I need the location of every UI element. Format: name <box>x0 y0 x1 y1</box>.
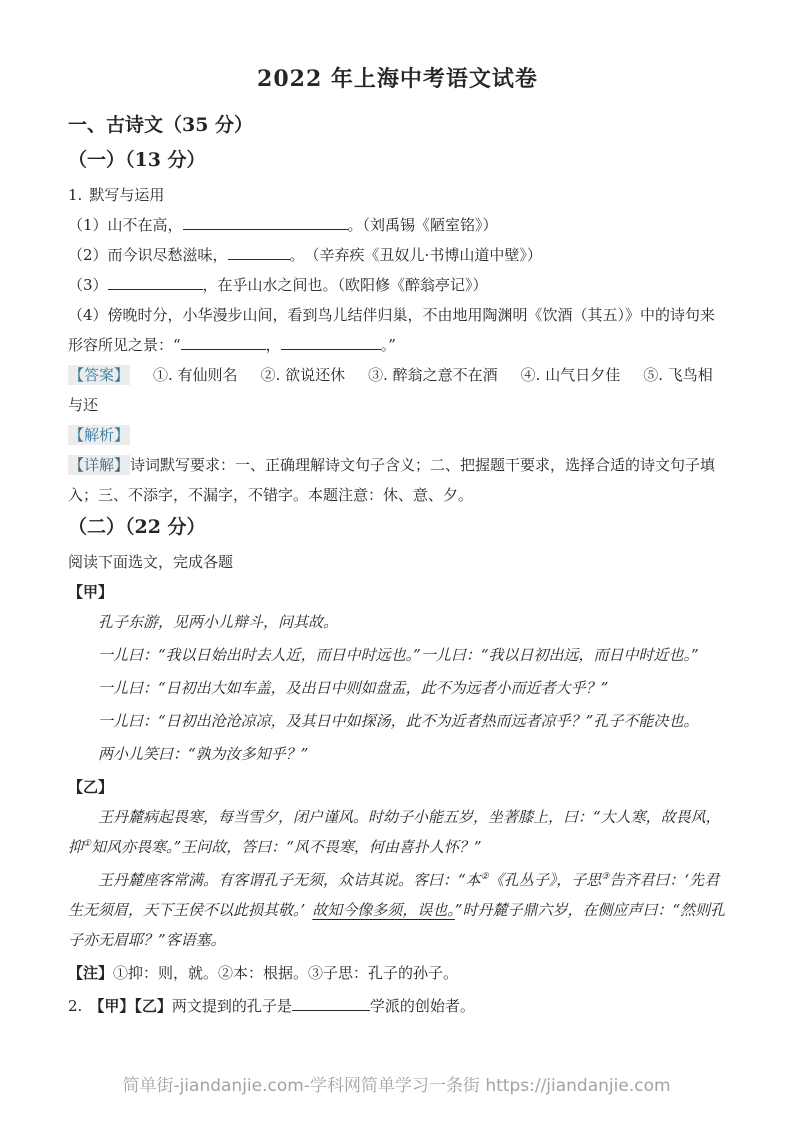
question-2: 2.【甲】【乙】两文提到的孔子是学派的创始者。 <box>68 991 727 1021</box>
passage-jia-paragraph: 一儿曰：“日初出沧沧凉凉，及其日中如探汤，此不为近者热而远者凉乎？”孔子不能决也… <box>68 706 727 736</box>
analysis-label: 【解析】 <box>68 425 130 445</box>
item-3-pre: （3） <box>68 276 108 294</box>
underlined-answer-text: 故知今像多须，误也。 <box>312 901 455 919</box>
question-2-pre: 两文提到的孔子是 <box>172 997 292 1015</box>
blank-line <box>281 336 381 350</box>
passage-yi-paragraph-1: 王丹麓病起畏寒，每当雪夕，闭户谨风。时幼子小能五岁，坐著膝上，曰：“大人寒，故畏… <box>68 802 727 862</box>
passage-jia-paragraph: 一儿曰：“我以日始出时去人近，而日中时远也。”一儿曰：“我以日初出远，而日中时近… <box>68 640 727 670</box>
question-1-number: 1. <box>68 186 82 204</box>
answer-label: 【答案】 <box>68 365 130 385</box>
detail-text: 诗词默写要求：一、正确理解诗文句子含义；二、把握题干要求，选择合适的诗文句子填入… <box>68 456 715 504</box>
footnote-marker-1: ① <box>83 839 91 849</box>
item-2-pre: （2）而今识尽愁滋味， <box>68 246 228 264</box>
analysis-line: 【解析】 <box>68 420 727 450</box>
passage-yi-label: 【乙】 <box>68 772 727 802</box>
item-1-pre: （1）山不在高， <box>68 216 183 234</box>
answer-item: ④. 山气日夕佳 <box>521 366 621 384</box>
notes-line: 【注】①抑：则，就。②本：根据。③子思：孔子的孙子。 <box>68 958 727 988</box>
blank-line <box>228 246 290 260</box>
passage-jia-paragraph: 两小儿笑曰：“孰为汝多知乎？” <box>68 739 727 769</box>
answer-item: ①. 有仙则名 <box>153 366 238 384</box>
reading-intro: 阅读下面选文，完成各题 <box>68 547 727 577</box>
question-2-post: 学派的创始者。 <box>370 997 475 1015</box>
part-1-heading: （一）（13 分） <box>68 147 727 173</box>
exam-page: 2022 年上海中考语文试卷 一、古诗文（35 分） （一）（13 分） 1.默… <box>0 0 793 1021</box>
notes-label: 【注】 <box>68 964 113 982</box>
answer-line: 【答案】①. 有仙则名②. 欲说还休③. 醉翁之意不在酒④. 山气日夕佳⑤. 飞… <box>68 360 727 420</box>
detail-paragraph: 【详解】诗词默写要求：一、正确理解诗文句子含义；二、把握题干要求，选择合适的诗文… <box>68 450 727 510</box>
dictation-item-2: （2）而今识尽愁滋味，。 （辛弃疾《丑奴儿·书博山道中壁》） <box>68 240 727 270</box>
question-2-number: 2. <box>68 997 82 1015</box>
blank-line <box>183 216 348 230</box>
section-1-heading: 一、古诗文（35 分） <box>68 112 727 138</box>
question-2-bold: 【甲】【乙】 <box>89 997 172 1015</box>
page-title: 2022 年上海中考语文试卷 <box>68 62 727 93</box>
part-2-heading: （二）（22 分） <box>68 514 727 540</box>
item-2-post: 。 （辛弃疾《丑奴儿·书博山道中壁》） <box>290 246 542 264</box>
passage-jia-label: 【甲】 <box>68 577 727 607</box>
item-4-mid: ， <box>266 336 281 354</box>
footer-watermark: 简单街-jiandanjie.com-学科网简单学习一条街 https://ji… <box>0 1071 793 1096</box>
yi-p2-text: 《孔丛子》，子思 <box>489 871 602 889</box>
notes-text: ①抑：则，就。②本：根据。③子思：孔子的孙子。 <box>113 964 458 982</box>
item-1-post: 。（刘禹锡《陋室铭》） <box>348 216 498 234</box>
yi-p2-text: 王丹麓座客常满。有客谓孔子无须，众诘其说。客曰：“本 <box>98 871 481 889</box>
passage-jia-paragraph: 孔子东游，见两小儿辩斗，问其故。 <box>68 607 727 637</box>
dictation-item-1: （1）山不在高，。（刘禹锡《陋室铭》） <box>68 210 727 240</box>
item-3-post: ，在乎山水之间也。（欧阳修《醉翁亭记》） <box>203 276 488 294</box>
yi-p1-text: 知风亦畏寒。”王问故，答曰：“风不畏寒，何由喜扑人怀？” <box>91 838 482 856</box>
detail-label: 【详解】 <box>68 455 130 475</box>
answer-item: ②. 欲说还休 <box>261 366 346 384</box>
passage-yi-paragraph-2: 王丹麓座客常满。有客谓孔子无须，众诘其说。客曰：“本②《孔丛子》，子思③告齐君曰… <box>68 865 727 955</box>
blank-line <box>108 276 203 290</box>
dictation-item-3: （3），在乎山水之间也。（欧阳修《醉翁亭记》） <box>68 270 727 300</box>
blank-line <box>181 336 266 350</box>
answer-item: ③. 醉翁之意不在酒 <box>368 366 498 384</box>
dictation-item-4: （4）傍晚时分，小华漫步山间，看到鸟儿结伴归巢，不由地用陶渊明《饮酒（其五）》中… <box>68 300 727 360</box>
passage-jia-paragraph: 一儿曰：“日初出大如车盖，及出日中则如盘盂，此不为远者小而近者大乎？” <box>68 673 727 703</box>
item-4-post: 。” <box>381 336 396 354</box>
question-1-title: 1.默写与运用 <box>68 180 727 210</box>
question-1-label: 默写与运用 <box>89 186 164 204</box>
footnote-marker-2: ② <box>481 872 489 882</box>
blank-line <box>292 997 370 1011</box>
